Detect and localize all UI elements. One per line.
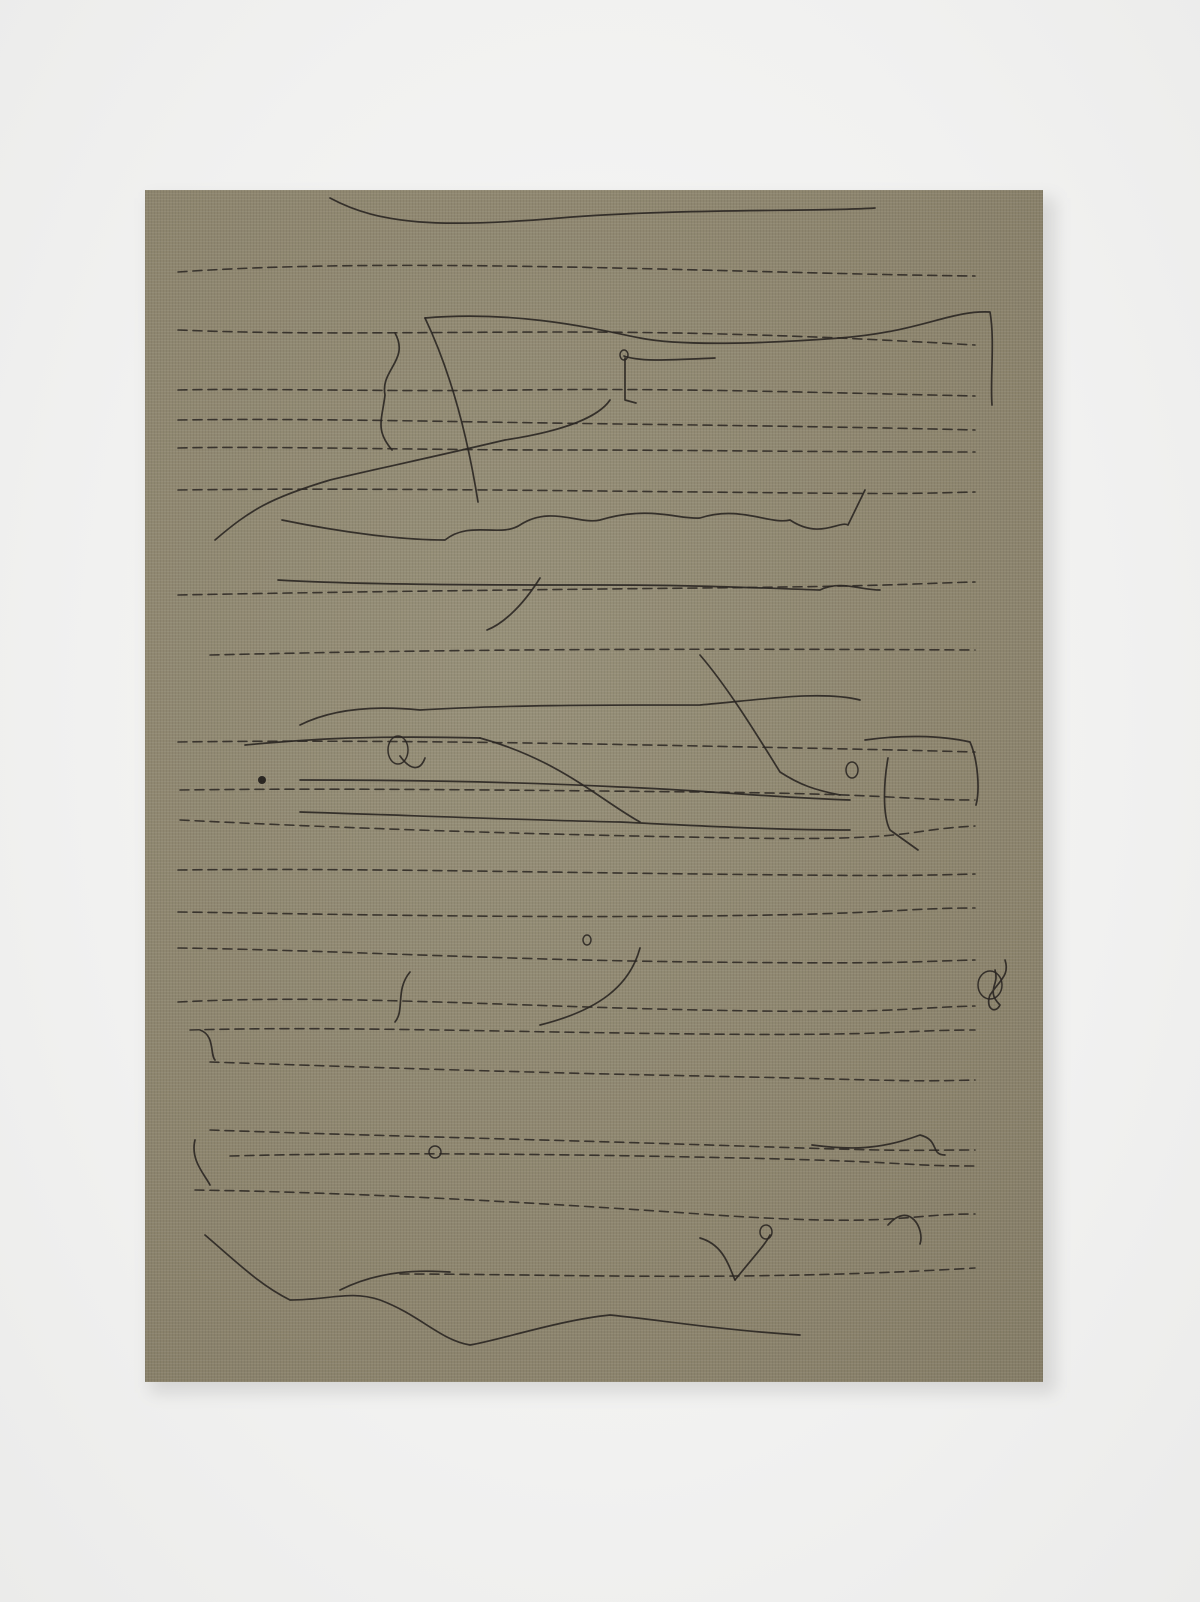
- dashed-stitch-row: [178, 330, 975, 345]
- dashed-stitch-row: [180, 789, 975, 800]
- loose-thread-line: [300, 696, 860, 725]
- dashed-stitch-row: [178, 999, 975, 1011]
- thread-loop: [760, 1225, 772, 1239]
- dashed-stitch-row: [178, 908, 975, 917]
- loose-thread-line: [865, 736, 978, 805]
- thread-loop: [620, 350, 628, 360]
- loose-thread-line: [205, 1235, 800, 1345]
- loose-thread-line: [885, 758, 919, 850]
- thread-loop: [388, 736, 408, 764]
- photo-scene: [0, 0, 1200, 1602]
- loose-thread-line: [278, 580, 880, 590]
- loose-thread-line: [624, 356, 715, 360]
- loose-thread-line: [395, 972, 410, 1022]
- embroidered-threads: [0, 0, 1200, 1602]
- thread-loop: [846, 762, 858, 778]
- dashed-stitch-row: [178, 265, 975, 276]
- dashed-stitch-row: [178, 419, 975, 430]
- dashed-stitch-row: [190, 1029, 975, 1035]
- loose-thread-line: [300, 812, 850, 830]
- loose-thread-line: [700, 1238, 735, 1280]
- dashed-stitch-row: [178, 582, 975, 595]
- loose-thread-line: [487, 578, 540, 630]
- loose-thread-line: [425, 318, 478, 502]
- dashed-stitch-row: [178, 447, 975, 452]
- loose-thread-line: [194, 1140, 210, 1185]
- dashed-stitch-row: [178, 948, 975, 963]
- dashed-stitch-row: [400, 1268, 975, 1276]
- loose-thread-line: [700, 655, 840, 795]
- dashed-stitch-row: [178, 389, 975, 396]
- thread-loop: [583, 935, 591, 945]
- loose-thread-line: [200, 1030, 215, 1060]
- loose-thread-line: [625, 358, 636, 403]
- loose-thread-line: [330, 198, 875, 223]
- dashed-stitch-row: [178, 741, 975, 752]
- loose-thread-line: [812, 1135, 945, 1155]
- dashed-stitch-row: [195, 1190, 975, 1220]
- dashed-stitch-row: [230, 1154, 975, 1166]
- dashed-stitch-row: [210, 1062, 975, 1081]
- thread-knot: [258, 776, 266, 784]
- loose-thread-line: [381, 333, 399, 450]
- loose-thread-line: [480, 738, 640, 822]
- dashed-stitch-row: [210, 649, 975, 655]
- dashed-stitch-row: [180, 820, 975, 839]
- dashed-stitch-row: [178, 869, 975, 875]
- loose-thread-line: [735, 1235, 770, 1280]
- loose-thread-line: [888, 1215, 921, 1244]
- thread-loop: [429, 1146, 441, 1158]
- loose-thread-line: [282, 490, 865, 540]
- loose-thread-line: [989, 960, 1007, 1010]
